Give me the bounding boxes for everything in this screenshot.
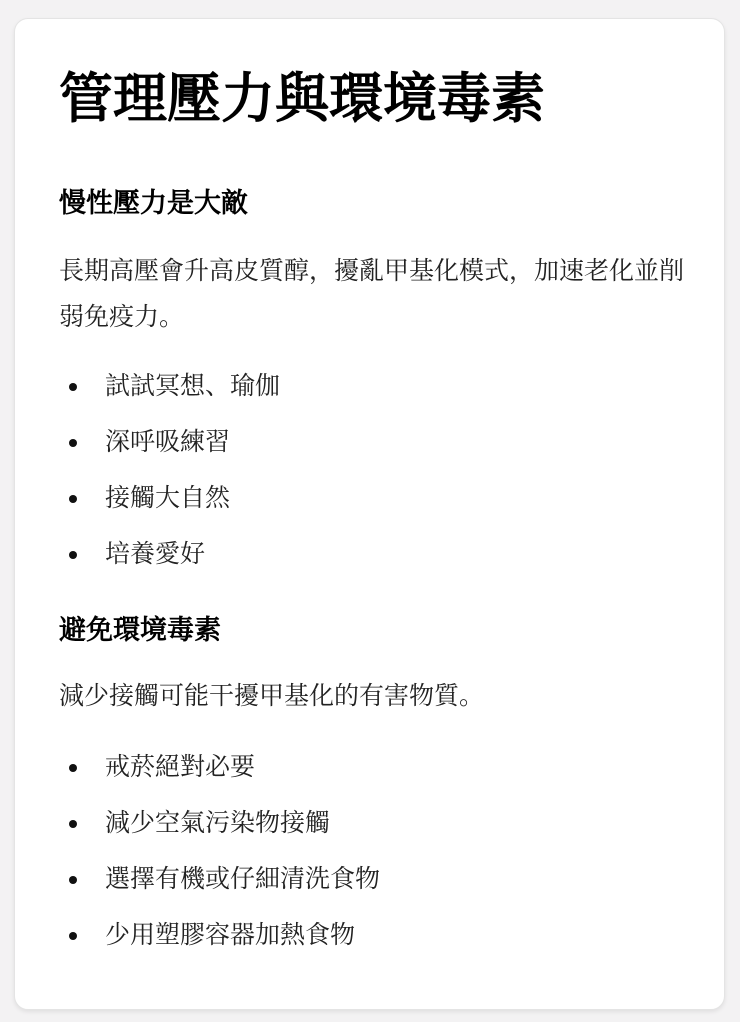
bullet-icon — [69, 764, 77, 772]
section-heading-stress: 慢性壓力是大敵 — [59, 186, 248, 222]
list-item: 培養愛好 — [59, 526, 280, 582]
list-item: 戒菸絕對必要 — [59, 739, 380, 795]
section-body-toxins: 減少接觸可能干擾甲基化的有害物質。 — [59, 673, 684, 719]
bullet-icon — [69, 551, 77, 559]
section-body-stress: 長期高壓會升高皮質醇，擾亂甲基化模式，加速老化並削弱免疫力。 — [59, 248, 684, 340]
section-heading-toxins: 避免環境毒素 — [59, 613, 221, 649]
list-item: 選擇有機或仔細清洗食物 — [59, 851, 380, 907]
page-title: 管理壓力與環境毒素 — [59, 64, 545, 134]
bullet-icon — [69, 820, 77, 828]
bullet-icon — [69, 932, 77, 940]
list-item: 接觸大自然 — [59, 470, 280, 526]
stress-tips-list: 試試冥想、瑜伽 深呼吸練習 接觸大自然 培養愛好 — [59, 358, 280, 582]
list-item: 深呼吸練習 — [59, 414, 280, 470]
bullet-icon — [69, 876, 77, 884]
bullet-icon — [69, 495, 77, 503]
list-item: 減少空氣污染物接觸 — [59, 795, 380, 851]
toxin-tips-list: 戒菸絕對必要 減少空氣污染物接觸 選擇有機或仔細清洗食物 少用塑膠容器加熱食物 — [59, 739, 380, 963]
list-item: 試試冥想、瑜伽 — [59, 358, 280, 414]
content-card: 管理壓力與環境毒素 慢性壓力是大敵 長期高壓會升高皮質醇，擾亂甲基化模式，加速老… — [14, 18, 725, 1010]
list-item: 少用塑膠容器加熱食物 — [59, 907, 380, 963]
bullet-icon — [69, 439, 77, 447]
bullet-icon — [69, 383, 77, 391]
